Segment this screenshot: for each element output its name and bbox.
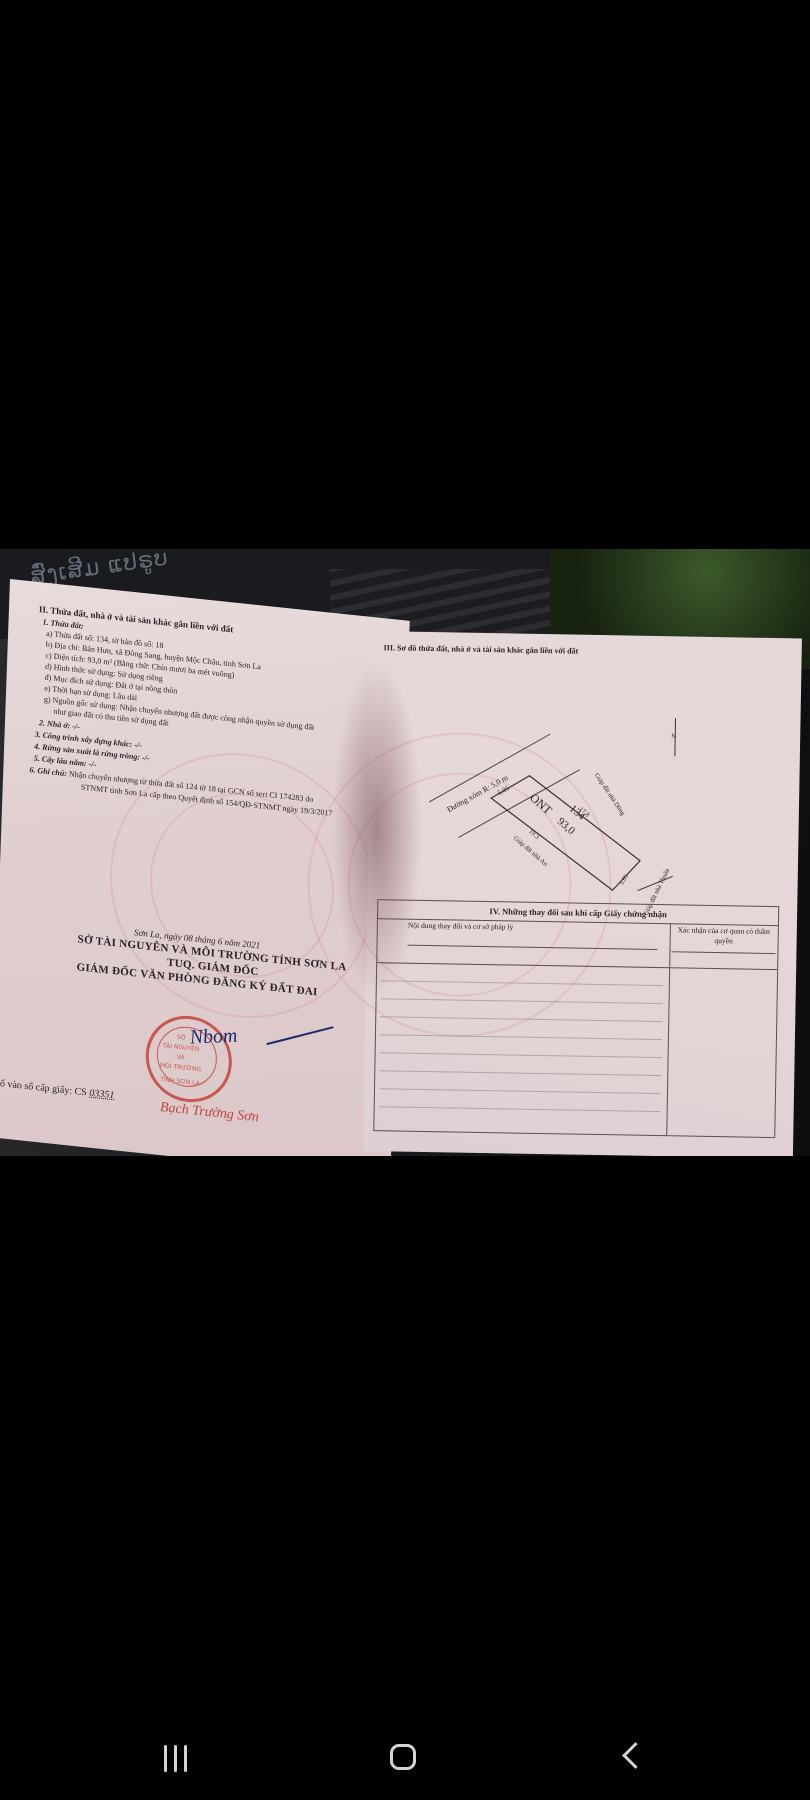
- cert-number-label: Số vào sổ cấp giấy: CS: [0, 1078, 87, 1099]
- item2-house: 2. Nhà ở: -/-: [39, 718, 80, 731]
- land-type-code: ONT: [527, 790, 555, 817]
- land-certificate-booklet: II. Thửa đất, nhà ở và tài sản khác gắn …: [0, 569, 810, 1149]
- finger-shadow: [332, 659, 422, 999]
- ruled-line: [381, 980, 663, 986]
- parcel-area: 93,0: [555, 815, 578, 837]
- ruled-line: [380, 1052, 662, 1058]
- home-button[interactable]: [384, 1738, 424, 1778]
- certificate-right-page: III. Sơ đồ thửa đất, nhà ở và tài sản kh…: [363, 631, 802, 1156]
- ruled-line: [380, 1034, 662, 1040]
- recents-icon: [164, 1745, 187, 1772]
- signature-stroke: [266, 1026, 333, 1044]
- changes-table: IV. Những thay đổi sau khi cấp Giấy chứn…: [373, 899, 779, 1138]
- android-navigation-bar: [0, 1700, 810, 1800]
- back-icon: [622, 1742, 649, 1769]
- changes-col-confirmation: Xác nhận của cơ quan có thẩm quyền: [671, 923, 775, 954]
- home-icon: [390, 1744, 416, 1770]
- changes-col-content: Nội dung thay đổi và cơ sở pháp lý: [408, 919, 658, 950]
- signer-name: Bạch Trường Sơn: [160, 1100, 259, 1126]
- document-photo: ສົ່ງເສີມ ແປຣູບ TOL II. Thửa đất, nhà ở v…: [0, 549, 810, 1156]
- neighbor-top: Giáp đất nhà Dũng: [593, 772, 627, 817]
- ruled-line: [381, 998, 663, 1004]
- section-iii-title: III. Sơ đồ thửa đất, nhà ở và tài sản kh…: [384, 643, 579, 655]
- parcel-diagram: Đường xóm R: 5,0 m 5.05 ONT 134 93,0 17.…: [427, 712, 690, 917]
- ruled-line: [379, 1106, 661, 1112]
- ruled-line: [380, 1016, 662, 1022]
- north-marker: N: [671, 732, 676, 740]
- edge-label-long-bottom: 19.3: [527, 828, 540, 841]
- neighbor-bottom: Giáp đất nhà An: [512, 835, 549, 869]
- cert-number-value: 03351: [89, 1088, 114, 1102]
- recents-button[interactable]: [155, 1738, 195, 1778]
- ruled-line: [379, 1088, 661, 1094]
- edge-label-bottom: 5.05: [618, 873, 630, 886]
- ruled-line: [381, 962, 663, 968]
- item6-label: 6. Ghi chú:: [29, 765, 67, 778]
- handwritten-signature: Nbom: [189, 1025, 239, 1050]
- back-button[interactable]: [614, 1738, 654, 1778]
- ruled-line: [379, 1070, 661, 1076]
- changes-col-divider: [666, 923, 671, 1135]
